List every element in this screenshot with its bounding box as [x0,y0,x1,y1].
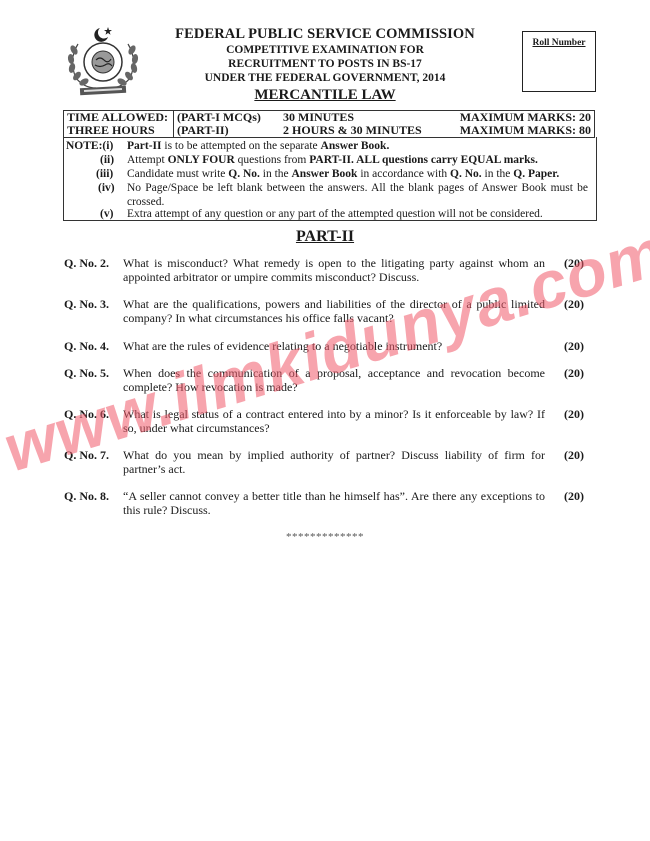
question-number: Q. No. 3. [64,297,109,311]
question-number: Q. No. 5. [64,366,109,380]
table-row: THREE HOURS (PART-II) 2 HOURS & 30 MINUT… [64,124,595,138]
roll-number-box: Roll Number [522,31,596,92]
question-text: What is legal status of a contract enter… [123,407,545,435]
note-number: (ii) [100,153,114,167]
time-label: THREE HOURS [64,124,174,138]
note-text: Candidate must write Q. No. in the Answe… [127,167,588,181]
table-row: TIME ALLOWED: (PART-I MCQs) 30 MINUTES M… [64,111,595,125]
question-number: Q. No. 6. [64,407,109,421]
end-marker: ************* [0,531,650,543]
question-text: What are the rules of evidence relating … [123,339,545,353]
part-label: (PART-I MCQs) [174,111,281,125]
exam-subtitle-line: UNDER THE FEDERAL GOVERNMENT, 2014 [150,71,500,85]
roll-number-label: Roll Number [523,38,595,48]
question-marks: (20) [564,297,584,311]
note-text: No Page/Space be left blank between the … [127,181,588,209]
question-marks: (20) [564,407,584,421]
fpsc-emblem-icon [64,24,142,98]
exam-subtitle-line: RECRUITMENT TO POSTS IN BS-17 [150,57,500,71]
part-label: (PART-II) [174,124,281,138]
question-marks: (20) [564,448,584,462]
duration: 30 MINUTES [280,111,436,125]
instructions-notes: NOTE:(i)Part-II is to be attempted on th… [63,137,597,221]
question-number: Q. No. 2. [64,256,109,270]
subject-title: MERCANTILE LAW [150,86,500,104]
part-title: PART-II [0,228,650,246]
question-marks: (20) [564,366,584,380]
note-prefix: NOTE:(i) [66,139,113,153]
note-text: Extra attempt of any question or any par… [127,207,588,221]
note-number: (v) [100,207,113,221]
question-marks: (20) [564,339,584,353]
time-allowed-table: TIME ALLOWED: (PART-I MCQs) 30 MINUTES M… [63,110,595,138]
question-text: “A seller cannot convey a better title t… [123,489,545,517]
note-text: Attempt ONLY FOUR questions from PART-II… [127,153,588,167]
question-marks: (20) [564,256,584,270]
question-number: Q. No. 7. [64,448,109,462]
commission-title: FEDERAL PUBLIC SERVICE COMMISSION [150,26,500,43]
note-text: Part-II is to be attempted on the separa… [127,139,588,153]
exam-subtitle-line: COMPETITIVE EXAMINATION FOR [150,43,500,57]
max-marks: MAXIMUM MARKS: 20 [436,111,595,125]
duration: 2 HOURS & 30 MINUTES [280,124,436,138]
time-label: TIME ALLOWED: [64,111,174,125]
question-text: What do you mean by implied authority of… [123,448,545,476]
question-text: What are the qualifications, powers and … [123,297,545,325]
question-text: What is misconduct? What remedy is open … [123,256,545,284]
note-number: (iii) [96,167,113,181]
question-text: When does the communication of a proposa… [123,366,545,394]
exam-paper-page: FEDERAL PUBLIC SERVICE COMMISSION COMPET… [0,0,650,841]
max-marks: MAXIMUM MARKS: 80 [436,124,595,138]
exam-header: FEDERAL PUBLIC SERVICE COMMISSION COMPET… [150,26,500,104]
question-number: Q. No. 8. [64,489,109,503]
question-number: Q. No. 4. [64,339,109,353]
note-number: (iv) [98,181,115,195]
question-marks: (20) [564,489,584,503]
